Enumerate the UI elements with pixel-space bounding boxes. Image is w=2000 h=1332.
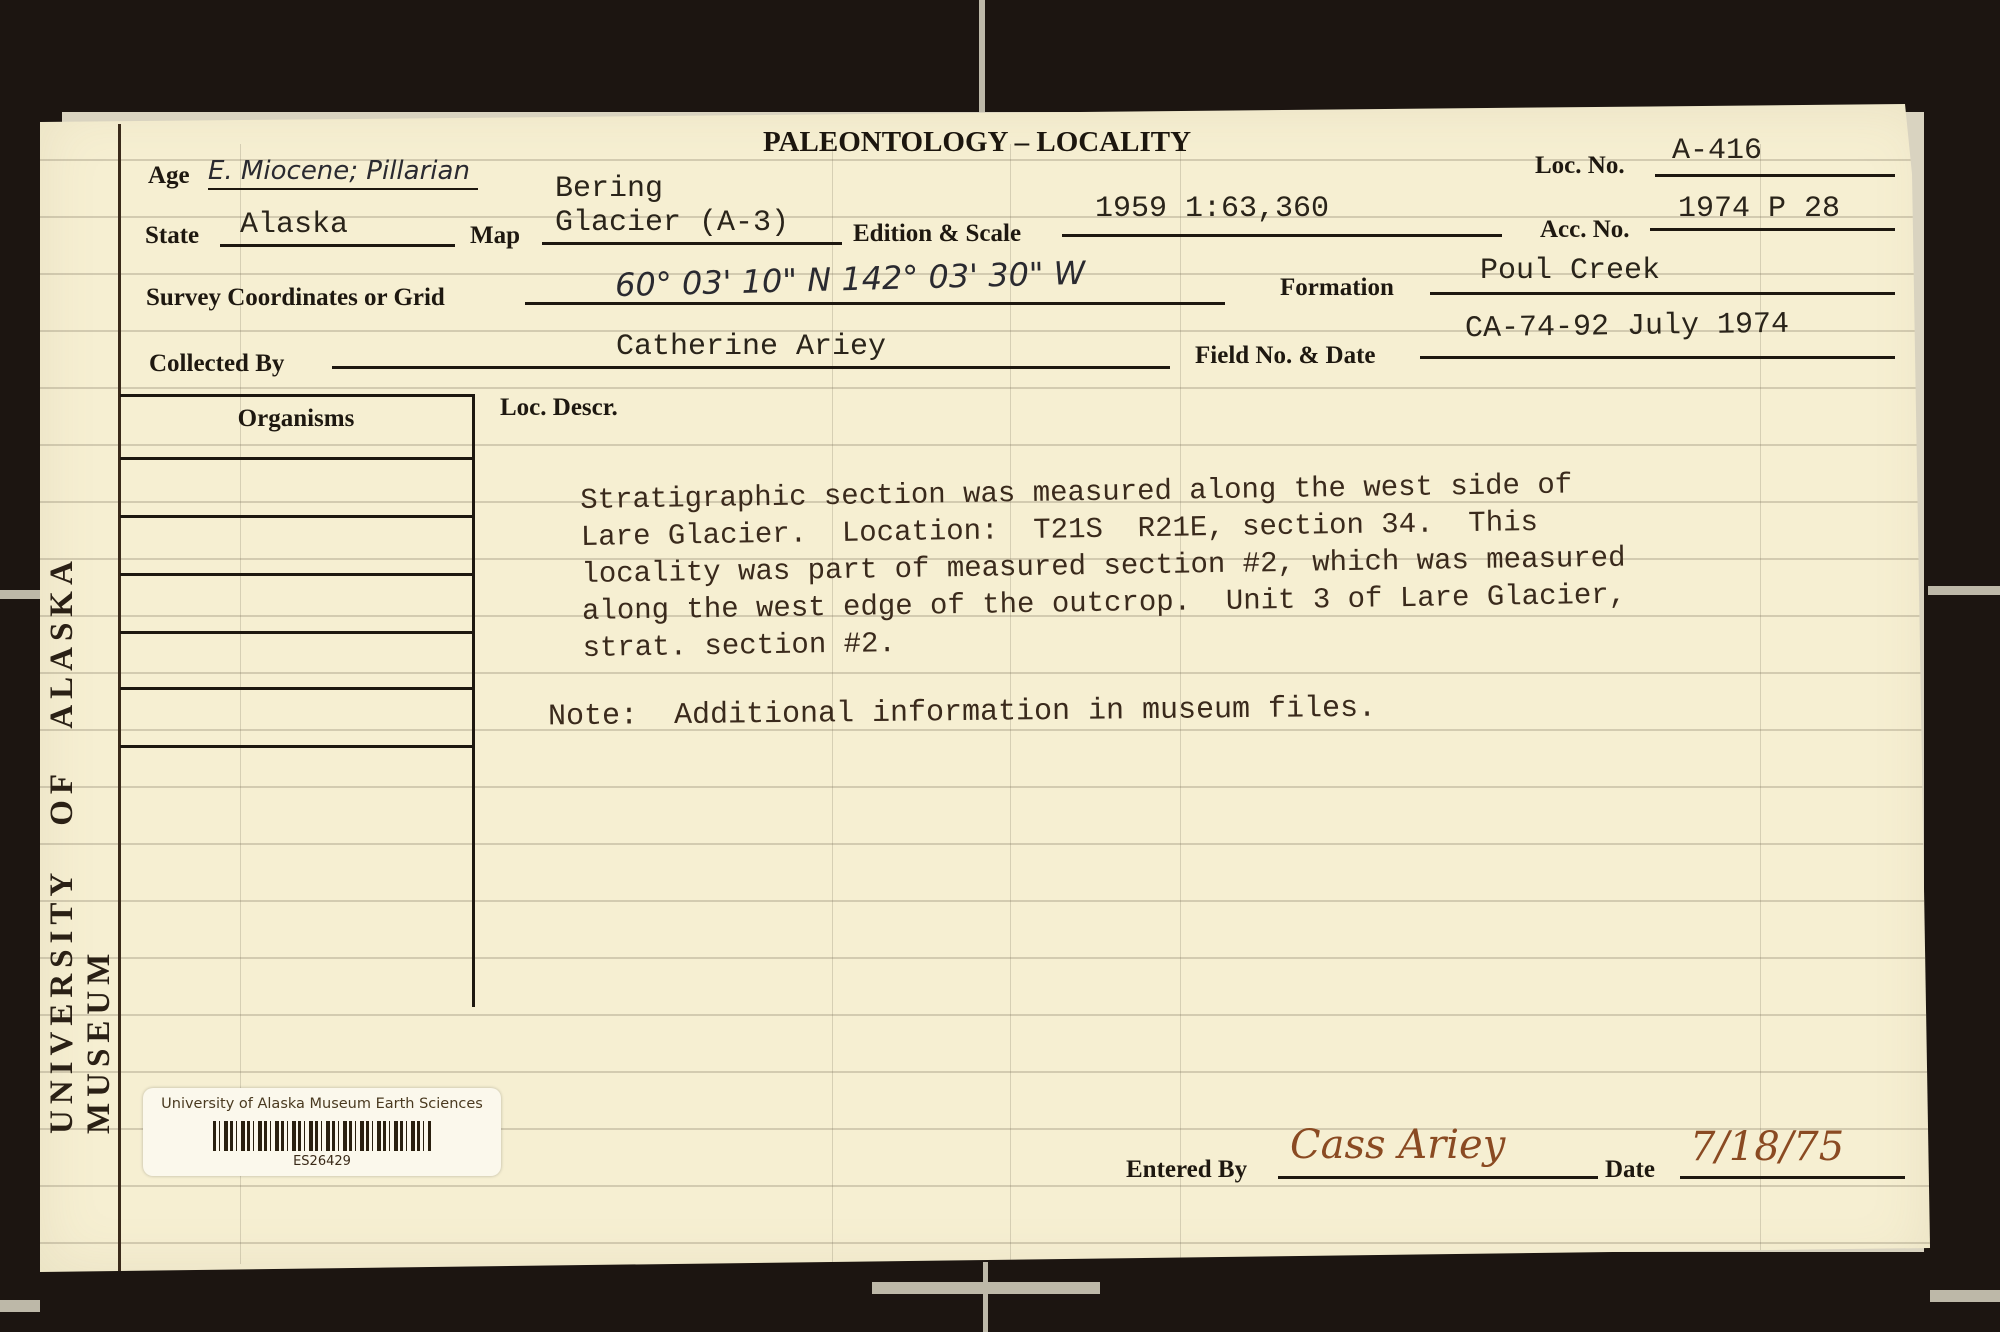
loc-no-underline [1655,174,1895,177]
entered-by-underline [1278,1176,1598,1179]
loc-no-label: Loc. No. [1535,152,1625,180]
organisms-row-line [120,631,475,634]
organisms-table: Organisms [120,394,475,1007]
formation-value: Poul Creek [1480,254,1660,288]
survey-underline [525,302,1225,305]
age-value: E. Miocene; Pillarian [208,156,470,186]
sticker-catalog-id: ES26429 [143,1154,501,1169]
field-no-date-value: CA-74-92 July 1974 [1465,308,1790,347]
card-title: PALEONTOLOGY – LOCALITY [763,126,1191,159]
barcode-sticker: University of Alaska Museum Earth Scienc… [143,1088,501,1176]
edition-scale-underline [1062,234,1502,237]
acc-no-underline [1650,228,1895,231]
date-underline [1680,1176,1905,1179]
collected-by-underline [332,366,1170,369]
survey-coordinates-label: Survey Coordinates or Grid [146,284,445,312]
crosshair-mark-bottom [983,1262,988,1332]
field-no-date-underline [1420,356,1895,359]
state-value: Alaska [240,208,348,242]
acc-no-value: 1974 P 28 [1678,192,1840,226]
entered-by-label: Entered By [1126,1156,1247,1184]
loc-no-value: A-416 [1672,134,1762,168]
map-value-line2: Glacier (A-3) [555,206,789,240]
entered-by-value: Cass Ariey [1290,1122,1505,1168]
map-underline [542,242,842,245]
edition-scale-value: 1959 1:63,360 [1095,192,1329,226]
crosshair-mark-right-bottom [1930,1290,2000,1302]
crosshair-mark-top [979,0,985,116]
map-label: Map [470,222,520,250]
organisms-row-line [120,687,475,690]
date-label: Date [1605,1156,1655,1184]
organisms-header: Organisms [120,405,472,433]
organisms-row-line [120,457,475,460]
state-label: State [145,222,199,250]
sticker-title: University of Alaska Museum Earth Scienc… [143,1096,501,1112]
crosshair-mark-left-bottom [0,1300,40,1312]
locality-card: UNIVERSITY OF ALASKA MUSEUM PALEONTOLOGY… [40,104,1930,1272]
organisms-row-line [120,745,475,748]
organisms-row-line [120,515,475,518]
collected-by-label: Collected By [149,350,284,378]
organisms-row-line [120,573,475,576]
university-side-title: UNIVERSITY OF ALASKA MUSEUM [44,374,118,1134]
formation-underline [1430,292,1895,295]
acc-no-label: Acc. No. [1540,216,1630,244]
edition-scale-label: Edition & Scale [853,220,1021,248]
date-value: 7/18/75 [1690,1124,1844,1170]
crosshair-mark-right [1928,586,2000,595]
age-underline [208,188,478,190]
barcode [213,1121,431,1151]
collected-by-value: Catherine Ariey [616,330,886,364]
formation-label: Formation [1280,274,1394,302]
map-value-line1: Bering [555,172,663,206]
loc-descr-text: Stratigraphic section was measured along… [580,466,1627,667]
age-label: Age [148,162,190,190]
state-underline [220,244,455,247]
crosshair-mark-bottom-h [872,1282,1100,1294]
field-no-date-label: Field No. & Date [1195,342,1376,370]
loc-descr-label: Loc. Descr. [500,394,618,422]
